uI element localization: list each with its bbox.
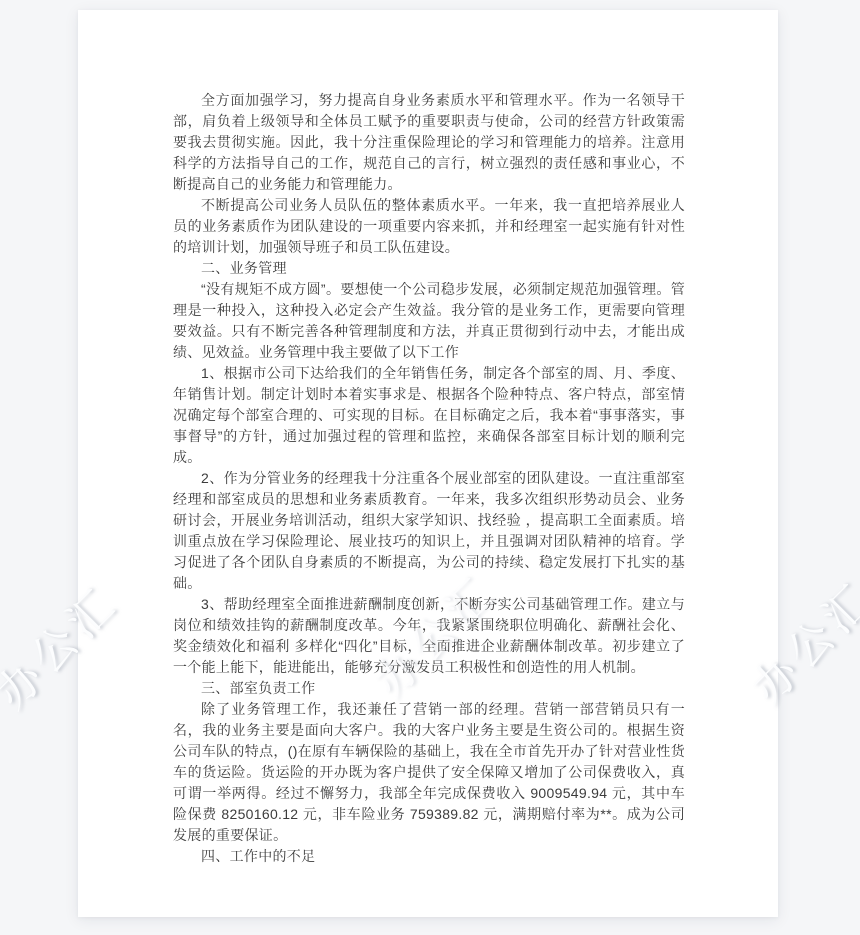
paragraph: “没有规矩不成方圆”。要想使一个公司稳步发展，必须制定规范加强管理。管理是一种投… (173, 279, 685, 363)
section-heading: 二、业务管理 (173, 258, 685, 279)
paragraph: 除了业务管理工作，我还兼任了营销一部的经理。营销一部营销员只有一名，我的业务主要… (173, 699, 685, 846)
section-heading: 三、部室负责工作 (173, 678, 685, 699)
section-heading: 四、工作中的不足 (173, 846, 685, 867)
paragraph: 3、帮助经理室全面推进薪酬制度创新，不断夯实公司基础管理工作。建立与岗位和绩效挂… (173, 594, 685, 678)
page-background: 全方面加强学习，努力提高自身业务素质水平和管理水平。作为一名领导干部，肩负着上级… (0, 0, 860, 935)
document-body: 全方面加强学习，努力提高自身业务素质水平和管理水平。作为一名领导干部，肩负着上级… (78, 10, 778, 867)
paragraph: 2、作为分管业务的经理我十分注重各个展业部室的团队建设。一直注重部室经理和部室成… (173, 468, 685, 594)
paragraph: 全方面加强学习，努力提高自身业务素质水平和管理水平。作为一名领导干部，肩负着上级… (173, 90, 685, 195)
paragraph: 1、根据市公司下达给我们的全年销售任务，制定各个部室的周、月、季度、年销售计划。… (173, 363, 685, 468)
document-page: 全方面加强学习，努力提高自身业务素质水平和管理水平。作为一名领导干部，肩负着上级… (78, 10, 778, 917)
paragraph: 不断提高公司业务人员队伍的整体素质水平。一年来，我一直把培养展业人员的业务素质作… (173, 195, 685, 258)
